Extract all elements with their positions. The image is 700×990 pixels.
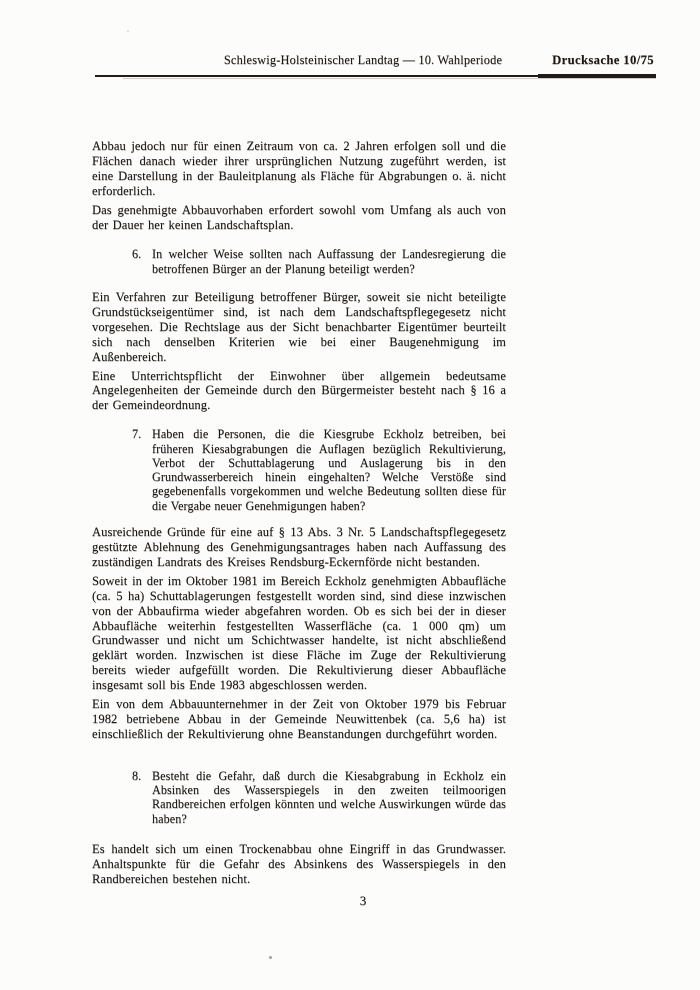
paragraph-soweit-oktober-1981: Soweit in der im Oktober 1981 im Bereich… <box>92 574 506 693</box>
question-7: 7. Haben die Personen, die die Kiesgrube… <box>92 427 506 513</box>
question-8: 8. Besteht die Gefahr, daß durch die Kie… <box>92 769 506 826</box>
header-docref: Drucksache 10/75 <box>552 53 654 68</box>
question-7-text: Haben die Personen, die die Kiesgrube Ec… <box>152 427 506 512</box>
question-6: 6. In welcher Weise sollten nach Auffass… <box>92 247 506 276</box>
docref-underline <box>538 74 656 78</box>
question-8-text: Besteht die Gefahr, daß durch die Kiesab… <box>152 769 506 826</box>
paragraph-kein-landschaftsplan: Das genehmigte Abbauvorhaben erfordert s… <box>92 203 506 233</box>
paragraph-abbau-zeitraum: Abbau jedoch nur für einen Zeitraum von … <box>92 139 506 199</box>
document-body: Abbau jedoch nur für einen Zeitraum von … <box>92 139 506 891</box>
document-page: Schleswig-Holsteinischer Landtag — 10. W… <box>0 0 700 990</box>
paragraph-verfahren-beteiligung: Ein Verfahren zur Beteiligung betroffene… <box>92 290 506 365</box>
scan-speck <box>127 30 129 32</box>
paragraph-neuwittenbek: Ein von dem Abbauunternehmer in der Zeit… <box>92 697 506 742</box>
paragraph-ausreichende-gruende: Ausreichende Gründe für eine auf § 13 Ab… <box>92 525 506 570</box>
header-journal-title: Schleswig-Holsteinischer Landtag — 10. W… <box>143 53 583 68</box>
page-header: Schleswig-Holsteinischer Landtag — 10. W… <box>95 53 656 85</box>
page-number: 3 <box>0 893 700 909</box>
header-rule-shadow <box>123 78 656 79</box>
question-8-number: 8. <box>132 769 141 783</box>
paragraph-trockenabbau: Es handelt sich um einen Trockenabbau oh… <box>92 842 506 887</box>
question-6-text: In welcher Weise sollten nach Auffassung… <box>152 247 506 275</box>
question-7-number: 7. <box>132 427 141 441</box>
scan-speck <box>269 956 272 959</box>
paragraph-unterrichtspflicht: Eine Unterrichtspflicht der Einwohner üb… <box>92 369 506 414</box>
question-6-number: 6. <box>132 247 141 261</box>
